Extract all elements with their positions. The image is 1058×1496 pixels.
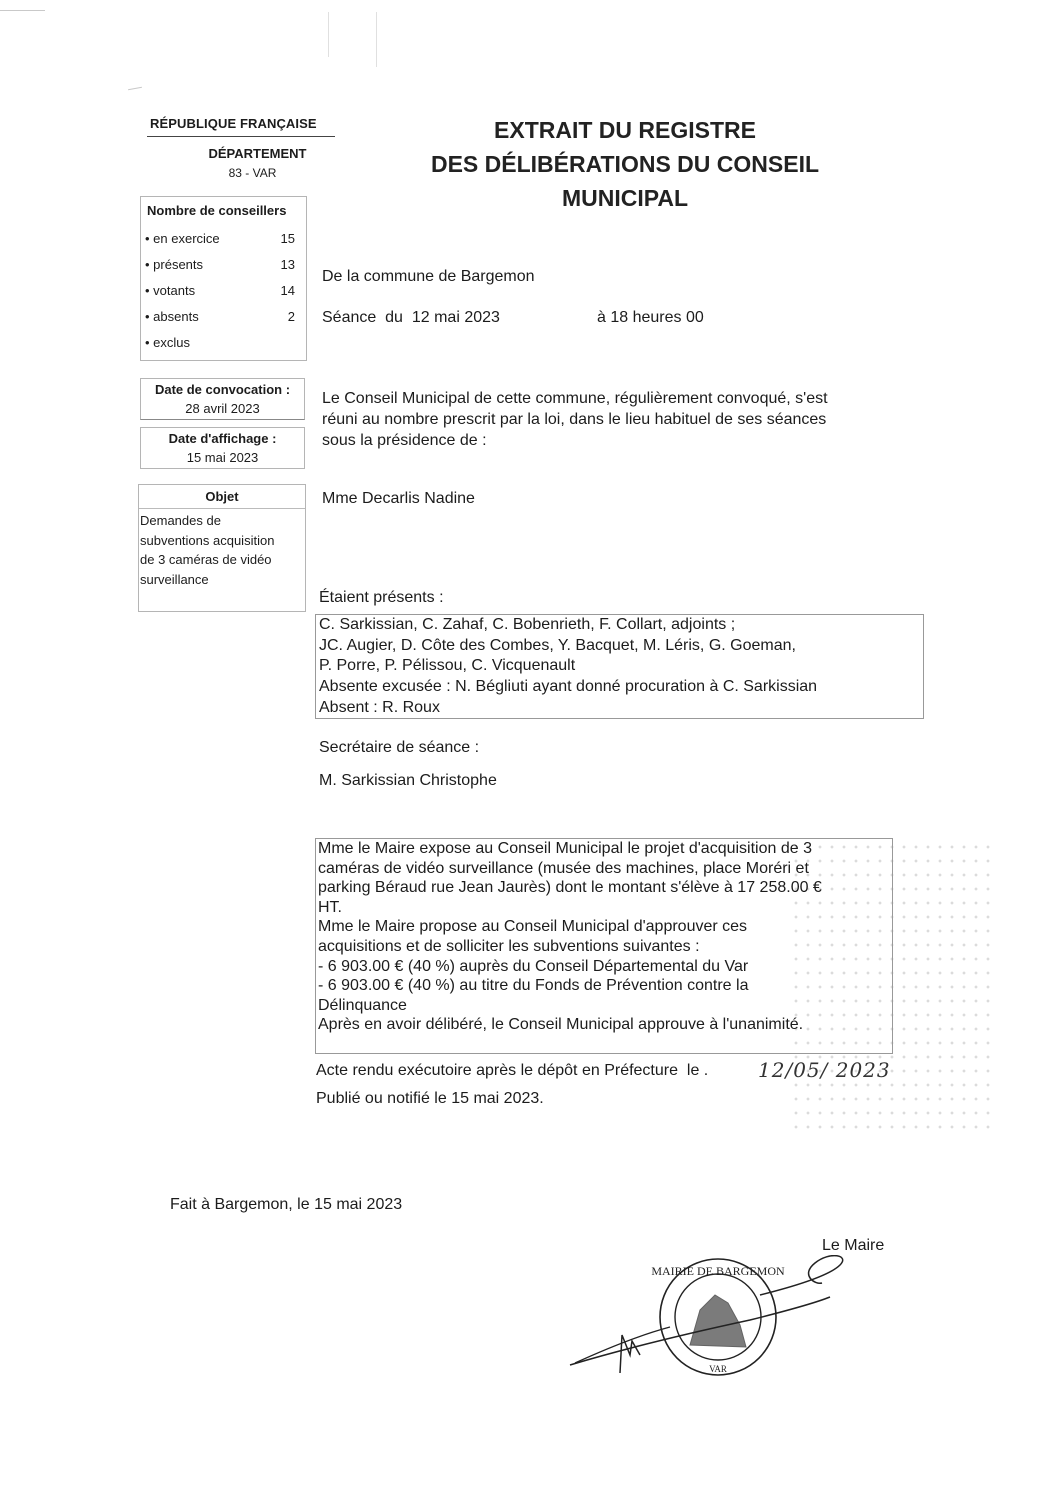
row-label: • absents <box>145 309 199 324</box>
title-line: MUNICIPAL <box>400 181 850 215</box>
attendance-line: C. Sarkissian, C. Zahaf, C. Bobenrieth, … <box>319 615 817 636</box>
deliberation-line: HT. <box>318 898 893 918</box>
attendance-text: C. Sarkissian, C. Zahaf, C. Bobenrieth, … <box>319 615 817 719</box>
document-title: EXTRAIT DU REGISTRE DES DÉLIBÉRATIONS DU… <box>400 113 850 215</box>
divider <box>139 508 305 509</box>
attendance-label: Étaient présents : <box>319 589 444 607</box>
deliberation-line: parking Béraud rue Jean Jaurès) dont le … <box>318 878 893 898</box>
published-statement: Publié ou notifié le 15 mai 2023. <box>316 1090 544 1108</box>
stamp-emblem-icon <box>690 1295 746 1347</box>
posting-date-box: Date d'affichage : 15 mai 2023 <box>140 427 305 469</box>
councillors-title: Nombre de conseillers <box>147 203 286 218</box>
posting-value: 15 mai 2023 <box>141 450 304 465</box>
subject-text: Demandes de subventions acquisition de 3… <box>140 511 300 589</box>
convocation-label: Date de convocation : <box>141 382 304 397</box>
subject-box: Objet Demandes de subventions acquisitio… <box>138 484 306 612</box>
deliberation-text: Mme le Maire expose au Conseil Municipal… <box>318 839 893 1035</box>
scan-artifact <box>376 12 377 67</box>
row-value: 2 <box>288 309 295 324</box>
intro-line: réuni au nombre prescrit par la loi, dan… <box>322 409 902 430</box>
row-label: • en exercice <box>145 231 220 246</box>
row-value: 15 <box>281 231 295 246</box>
deliberation-line: caméras de vidéo surveillance (musée des… <box>318 859 893 879</box>
row-label: • votants <box>145 283 195 298</box>
subject-line: surveillance <box>140 570 300 590</box>
stamp-text-bottom: VAR <box>709 1364 727 1374</box>
scan-artifact <box>0 10 45 11</box>
row-value: 13 <box>281 257 295 272</box>
divider <box>147 136 335 137</box>
signatory-title: Le Maire <box>822 1237 884 1255</box>
signature-stroke <box>575 1327 670 1363</box>
president-name: Mme Decarlis Nadine <box>322 490 475 508</box>
done-at: Fait à Bargemon, le 15 mai 2023 <box>170 1196 402 1214</box>
session-time: à 18 heures 00 <box>597 309 704 327</box>
commune: De la commune de Bargemon <box>322 268 535 286</box>
subject-title: Objet <box>139 489 305 504</box>
republic-label: RÉPUBLIQUE FRANÇAISE <box>150 116 317 131</box>
deliberation-box: Mme le Maire expose au Conseil Municipal… <box>315 838 893 1054</box>
title-line: EXTRAIT DU REGISTRE <box>400 113 850 147</box>
attendance-line: Absent : R. Roux <box>319 698 817 719</box>
intro-line: Le Conseil Municipal de cette commune, r… <box>322 388 902 409</box>
session-date: Séance du 12 mai 2023 <box>322 309 500 327</box>
handwritten-date: 12/05/ 2023 <box>758 1058 891 1082</box>
convocation-date-box: Date de convocation : 28 avril 2023 <box>140 378 305 420</box>
attendance-box: C. Sarkissian, C. Zahaf, C. Bobenrieth, … <box>315 614 924 719</box>
deliberation-line: - 6 903.00 € (40 %) au titre du Fonds de… <box>318 976 893 996</box>
intro-line: sous la présidence de : <box>322 430 902 451</box>
signature-stamp: MAIRIE DE BARGEMON VAR <box>560 1255 860 1385</box>
attendance-line: Absente excusée : N. Bégliuti ayant donn… <box>319 677 817 698</box>
signature-initials <box>620 1335 640 1373</box>
stamp-text-top: MAIRIE DE BARGEMON <box>651 1264 785 1278</box>
subject-line: subventions acquisition <box>140 531 300 551</box>
intro-paragraph: Le Conseil Municipal de cette commune, r… <box>322 388 902 451</box>
attendance-line: P. Porre, P. Pélissou, C. Vicquenault <box>319 656 817 677</box>
deliberation-line: Délinquance <box>318 996 893 1016</box>
deliberation-line: acquisitions et de solliciter les subven… <box>318 937 893 957</box>
deliberation-line: Mme le Maire propose au Conseil Municipa… <box>318 917 893 937</box>
row-label: • présents <box>145 257 203 272</box>
deliberation-line: - 6 903.00 € (40 %) auprès du Conseil Dé… <box>318 957 893 977</box>
department-label: DÉPARTEMENT <box>145 146 340 161</box>
subject-line: de 3 caméras de vidéo <box>140 550 300 570</box>
attendance-line: JC. Augier, D. Côte des Combes, Y. Bacqu… <box>319 636 817 657</box>
deliberation-line: Après en avoir délibéré, le Conseil Muni… <box>318 1015 893 1035</box>
councillors-box: Nombre de conseillers • en exercice 15 •… <box>140 196 307 361</box>
subject-line: Demandes de <box>140 511 300 531</box>
scan-artifact <box>328 12 329 57</box>
deliberation-line: Mme le Maire expose au Conseil Municipal… <box>318 839 893 859</box>
secretary-label: Secrétaire de séance : <box>319 739 479 757</box>
secretary-name: M. Sarkissian Christophe <box>319 772 497 790</box>
row-value: 14 <box>281 283 295 298</box>
posting-label: Date d'affichage : <box>141 431 304 446</box>
executory-statement: Acte rendu exécutoire après le dépôt en … <box>316 1062 708 1080</box>
department-value: 83 - VAR <box>145 166 340 180</box>
scan-artifact <box>128 87 142 90</box>
convocation-value: 28 avril 2023 <box>141 401 304 416</box>
title-line: DES DÉLIBÉRATIONS DU CONSEIL <box>400 147 850 181</box>
row-label: • exclus <box>145 335 190 350</box>
signature-stroke <box>570 1297 830 1365</box>
